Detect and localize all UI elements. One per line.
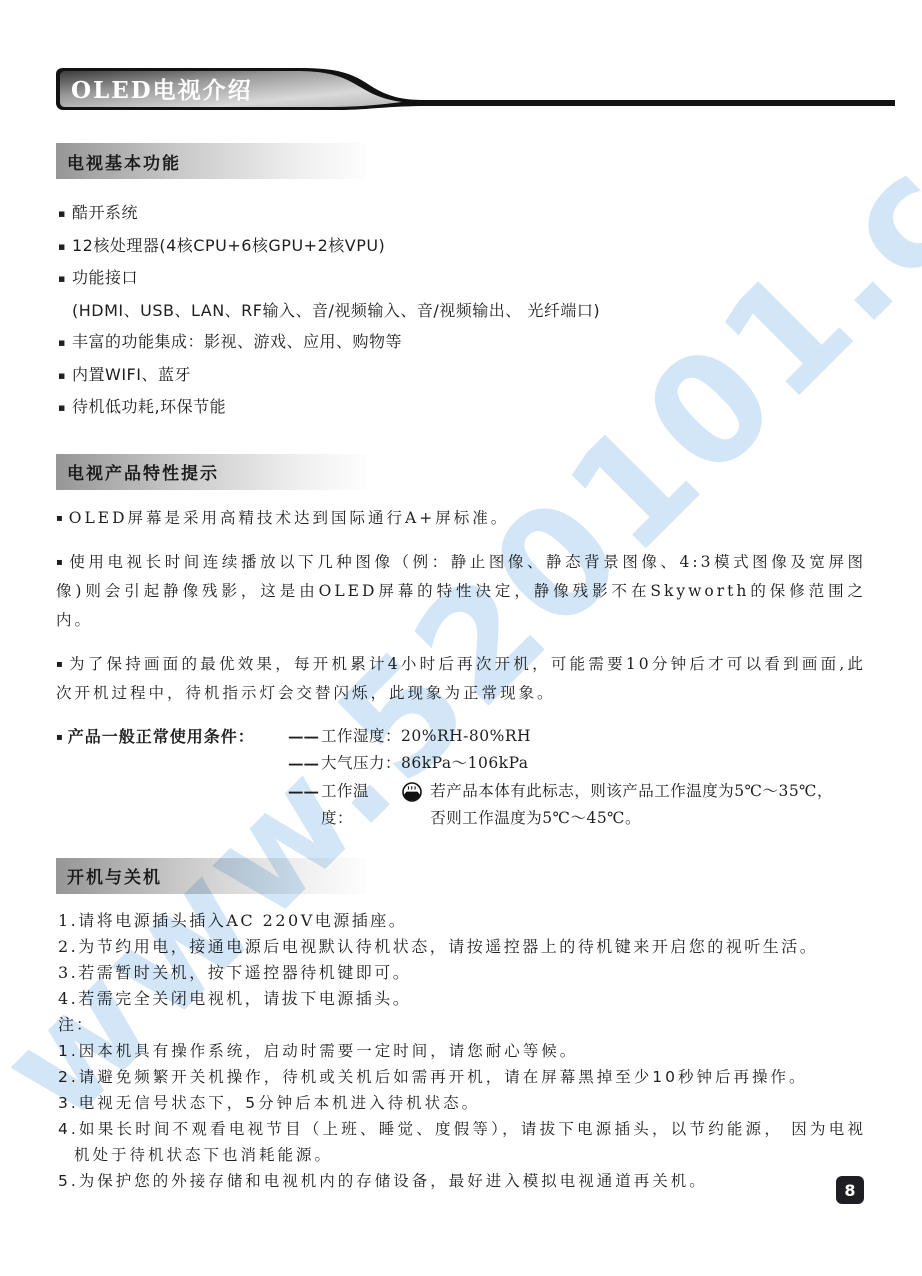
dash-icon: —— <box>288 750 319 778</box>
temperature-note-line1: 若产品本体有此标志，则该产品工作温度为5℃～35℃， <box>430 778 866 806</box>
list-item-text: 丰富的功能集成：影视、游戏、应用、购物等 <box>72 332 402 351</box>
power-note: 2.请避免频繁开关机操作，待机或关机后如需再开机，请在屏幕黑掉至少10秒钟后再操… <box>58 1064 866 1090</box>
bullet-square-icon: ▪ <box>58 198 72 230</box>
power-notes: 1.因本机具有操作系统，启动时需要一定时间，请您耐心等候。 2.请避免频繁开关机… <box>58 1038 866 1194</box>
note-label: 注： <box>58 1012 866 1038</box>
bullet-square-icon: ▪ <box>56 513 63 524</box>
list-item: ▪待机低功耗,环保节能 <box>58 391 866 424</box>
condition-text: 工作湿度：20%RH-80%RH <box>321 723 531 751</box>
list-item-text: 酷开系统 <box>72 203 138 222</box>
list-item-text: 12核处理器(4核CPU+6核GPU+2核VPU) <box>72 236 385 255</box>
bullet-square-icon: ▪ <box>56 732 64 743</box>
banner-title: OLED电视介绍 <box>71 77 253 104</box>
page-banner: OLED电视介绍 <box>56 68 895 110</box>
section-heading-text: 电视基本功能 <box>56 149 181 174</box>
bullet-square-icon: ▪ <box>58 231 72 263</box>
section-heading-power: 开机与关机 <box>56 858 366 894</box>
feature-bullet-text: 为了保持画面的最优效果，每开机累计4小时后再次开机，可能需要10分钟后才可以看到… <box>56 655 866 702</box>
list-item: ▪丰富的功能集成：影视、游戏、应用、购物等 <box>58 326 866 359</box>
feature-bullet-text: OLED屏幕是采用高精技术达到国际通行A+屏标准。 <box>69 509 509 527</box>
power-note: 4.如果长时间不观看电视节目（上班、睡觉、度假等），请拔下电源插头，以节约能源，… <box>58 1116 866 1168</box>
bullet-square-icon: ▪ <box>56 659 63 670</box>
temperature-note: 若产品本体有此标志，则该产品工作温度为5℃～35℃， 否则工作温度为5℃～45℃… <box>430 778 866 833</box>
feature-bullet-text: 使用电视长时间连续播放以下几种图像（例：静止图像、静态背景图像、4:3模式图像及… <box>56 553 866 629</box>
section-heading-features: 电视产品特性提示 <box>56 454 366 490</box>
basic-feature-list: ▪酷开系统 ▪12核处理器(4核CPU+6核GPU+2核VPU) ▪功能接口 (… <box>58 197 866 424</box>
list-item: ▪12核处理器(4核CPU+6核GPU+2核VPU) <box>58 230 866 263</box>
condition-row-humidity: —— 工作湿度：20%RH-80%RH <box>288 723 866 751</box>
manual-page: OLED电视介绍 电视基本功能 ▪酷开系统 ▪12核处理器(4核CPU+6核GP… <box>0 68 922 1194</box>
power-step: 4.若需完全关闭电视机，请拔下电源插头。 <box>58 986 866 1012</box>
condition-text: 大气压力：86kPa～106kPa <box>321 750 529 778</box>
section-heading-basic: 电视基本功能 <box>56 143 366 179</box>
power-note: 5.为保护您的外接存储和电视机内的存储设备，最好进入模拟电视通道再关机。 <box>58 1168 866 1194</box>
list-item: ▪酷开系统 <box>58 197 866 230</box>
power-on-off: 1.请将电源插头插入AC 220V电源插座。 2.为节约用电，接通电源后电视默认… <box>58 908 866 1194</box>
power-note: 1.因本机具有操作系统，启动时需要一定时间，请您耐心等候。 <box>58 1038 866 1064</box>
power-steps: 1.请将电源插头插入AC 220V电源插座。 2.为节约用电，接通电源后电视默认… <box>58 908 866 1012</box>
temperature-note-line2: 否则工作温度为5℃～45℃。 <box>430 805 866 833</box>
usage-conditions-rows: —— 工作湿度：20%RH-80%RH —— 大气压力：86kPa～106kPa… <box>288 723 866 833</box>
feature-bullet: ▪使用电视长时间连续播放以下几种图像（例：静止图像、静态背景图像、4:3模式图像… <box>56 548 866 635</box>
power-step: 3.若需暂时关机，按下遥控器待机键即可。 <box>58 960 866 986</box>
bullet-square-icon: ▪ <box>58 360 72 392</box>
bullet-square-icon: ▪ <box>58 327 72 359</box>
usage-conditions-label-text: 产品一般正常使用条件： <box>68 727 255 746</box>
feature-bullet: ▪为了保持画面的最优效果，每开机累计4小时后再次开机，可能需要10分钟后才可以看… <box>56 650 866 708</box>
power-step: 1.请将电源插头插入AC 220V电源插座。 <box>58 908 866 934</box>
list-item: (HDMI、USB、LAN、RF输入、音/视频输入、音/视频输出、 光纤端口) <box>58 295 866 327</box>
feature-bullet: ▪OLED屏幕是采用高精技术达到国际通行A+屏标准。 <box>56 504 866 533</box>
usage-conditions-label: ▪产品一般正常使用条件： <box>56 723 288 752</box>
list-item-text: (HDMI、USB、LAN、RF输入、音/视频输入、音/视频输出、 光纤端口) <box>72 301 600 320</box>
bullet-square-icon: ▪ <box>58 263 72 295</box>
section-heading-text: 电视产品特性提示 <box>56 459 219 484</box>
bullet-square-icon: ▪ <box>56 557 63 568</box>
power-note: 3.电视无信号状态下，5分钟后本机进入待机状态。 <box>58 1090 866 1116</box>
list-item-text: 待机低功耗,环保节能 <box>72 397 226 416</box>
condition-row-temperature: —— 工作温度： 若产品本体有此标志，则该产品工作温度为5℃～35℃， 否则工作… <box>288 778 866 833</box>
bullet-square-icon: ▪ <box>58 392 72 424</box>
dash-icon: —— <box>288 723 319 751</box>
list-item: ▪功能接口 <box>58 262 866 295</box>
section-heading-text: 开机与关机 <box>56 863 162 888</box>
condition-text: 工作温度： <box>321 778 400 833</box>
temperature-limit-icon <box>402 782 422 802</box>
power-step: 2.为节约用电，接通电源后电视默认待机状态，请按遥控器上的待机键来开启您的视听生… <box>58 934 866 960</box>
feature-notes: ▪OLED屏幕是采用高精技术达到国际通行A+屏标准。 ▪使用电视长时间连续播放以… <box>56 504 866 708</box>
page-number-badge: 8 <box>836 1176 864 1204</box>
list-item-text: 内置WIFI、蓝牙 <box>72 365 191 384</box>
list-item: ▪内置WIFI、蓝牙 <box>58 359 866 392</box>
usage-conditions: ▪产品一般正常使用条件： —— 工作湿度：20%RH-80%RH —— 大气压力… <box>56 723 866 833</box>
dash-icon: —— <box>288 778 319 806</box>
condition-row-pressure: —— 大气压力：86kPa～106kPa <box>288 750 866 778</box>
list-item-text: 功能接口 <box>72 268 138 287</box>
